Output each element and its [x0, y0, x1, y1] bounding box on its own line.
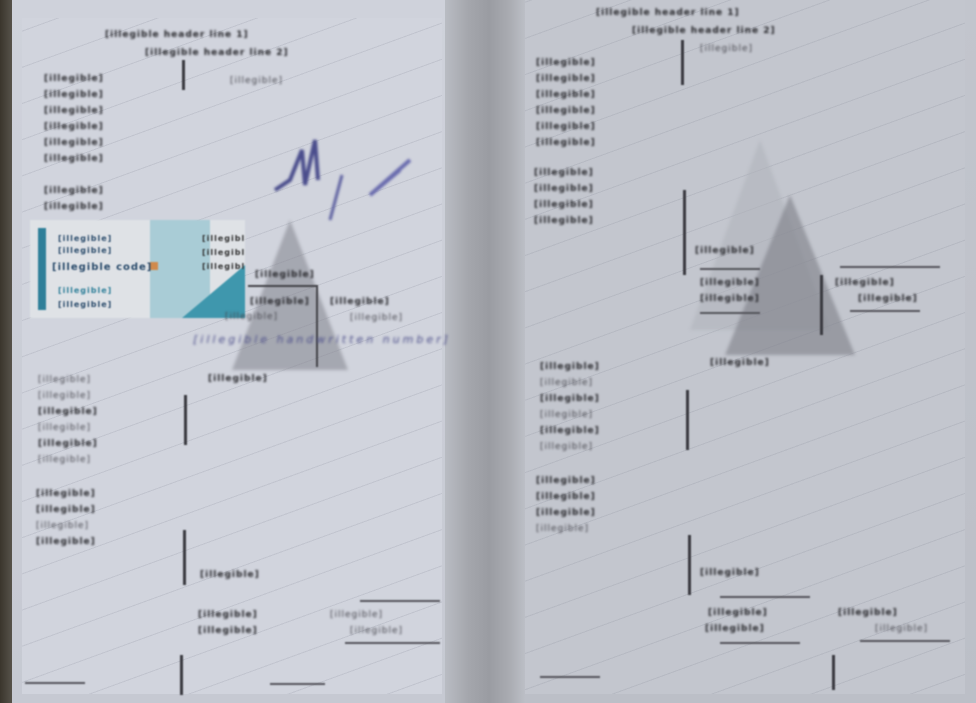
text-line: [illegible] [536, 72, 596, 86]
text-line: [illegible] [44, 136, 104, 150]
text-line: [illegible] [36, 519, 89, 533]
sticker-line: [illegible] [58, 286, 112, 295]
column-divider [681, 40, 684, 85]
text-line: [illegible] [536, 522, 589, 536]
text-line: [illegible] [38, 389, 91, 403]
text-line: [illegible] [838, 606, 898, 620]
text-line: [illegible] [44, 72, 104, 86]
sticker-line: [illegible] [58, 234, 112, 243]
right-top-right-line: [illegible] [700, 42, 753, 56]
divider-line [270, 683, 325, 685]
text-line: [illegible] [350, 311, 403, 325]
text-line: [illegible] [36, 503, 96, 517]
right-stamp-line: [illegible] [695, 244, 755, 258]
column-divider [184, 395, 187, 445]
text-line: [illegible] [536, 136, 596, 150]
left-top-right-line: [illegible] [230, 74, 283, 88]
text-line: [illegible] [540, 376, 593, 390]
right-header-line-2: [illegible header line 2] [632, 24, 776, 38]
text-line: [illegible] [540, 392, 600, 406]
sticker-side-bar [38, 228, 46, 310]
column-divider [182, 60, 185, 90]
text-line: [illegible] [534, 166, 594, 180]
text-line: [illegible] [700, 292, 760, 306]
right-caption-mid: [illegible] [710, 356, 770, 370]
sticker-line: [illegible] [58, 246, 112, 255]
divider-line [25, 682, 85, 684]
text-line: [illegible] [198, 608, 258, 622]
text-line: [illegible] [38, 405, 98, 419]
text-line: [illegible] [536, 490, 596, 504]
column-divider [688, 535, 691, 595]
sticker-code: [illegible code] [52, 262, 152, 273]
text-line: [illegible] [350, 624, 403, 638]
text-line: [illegible] [44, 120, 104, 134]
divider-line [700, 268, 760, 270]
right-stamp-line-bottom: [illegible] [700, 566, 760, 580]
text-line: [illegible] [44, 104, 104, 118]
divider-line [720, 642, 800, 644]
text-line: [illegible] [536, 506, 596, 520]
text-line: [illegible] [858, 292, 918, 306]
text-line: [illegible] [536, 56, 596, 70]
booklet-spine [445, 0, 525, 703]
handwritten-number: [illegible handwritten number] [193, 333, 451, 346]
text-line: [illegible] [225, 310, 278, 324]
text-line: [illegible] [536, 474, 596, 488]
text-line: [illegible] [534, 182, 594, 196]
column-divider [820, 275, 823, 335]
left-header-line-2: [illegible header line 2] [145, 46, 289, 60]
sticker-number: [illegible] [202, 262, 245, 271]
column-divider [686, 390, 689, 450]
text-line: [illegible] [708, 606, 768, 620]
divider-line [860, 640, 950, 642]
text-line: [illegible] [250, 295, 310, 309]
divider-line [360, 600, 440, 602]
text-line: [illegible] [536, 88, 596, 102]
text-line: [illegible] [536, 120, 596, 134]
left-stamp-line: [illegible] [255, 268, 315, 282]
stamp-sticker: [illegible] [illegible] [illegible code]… [30, 220, 245, 318]
text-line: [illegible] [44, 88, 104, 102]
text-line: [illegible] [44, 184, 104, 198]
divider-line [840, 266, 940, 268]
text-line: [illegible] [198, 624, 258, 638]
text-line: [illegible] [705, 622, 765, 636]
left-header-line-1: [illegible header line 1] [105, 28, 249, 42]
text-line: [illegible] [536, 104, 596, 118]
triangle-emblem-right [725, 195, 855, 355]
text-line: [illegible] [330, 608, 383, 622]
sticker-line: [illegible] [58, 300, 112, 309]
left-caption-mid: [illegible] [208, 372, 268, 386]
column-divider [180, 655, 183, 695]
sticker-number: [illegible] [202, 234, 245, 243]
divider-line [720, 596, 810, 598]
text-line: [illegible] [540, 408, 593, 422]
text-line: [illegible] [540, 440, 593, 454]
text-line: [illegible] [36, 487, 96, 501]
column-divider [832, 655, 835, 690]
column-divider [183, 530, 186, 585]
divider-line [700, 312, 760, 314]
text-line: [illegible] [38, 421, 91, 435]
text-line: [illegible] [875, 622, 928, 636]
divider-line [850, 310, 920, 312]
text-line: [illegible] [38, 437, 98, 451]
column-divider [683, 190, 686, 275]
text-line: [illegible] [835, 276, 895, 290]
text-line: [illegible] [534, 214, 594, 228]
text-line: [illegible] [44, 152, 104, 166]
sticker-number: [illegible] [202, 248, 245, 257]
text-line: [illegible] [38, 453, 91, 467]
divider-line [345, 642, 440, 644]
text-line: [illegible] [44, 200, 104, 214]
left-caption-bottom: [illegible] [200, 568, 260, 582]
text-line: [illegible] [540, 360, 600, 374]
text-line: [illegible] [38, 373, 91, 387]
right-header-line-1: [illegible header line 1] [596, 6, 740, 20]
text-line: [illegible] [700, 276, 760, 290]
text-line: [illegible] [36, 535, 96, 549]
handwritten-signature [260, 120, 430, 230]
text-line: [illegible] [540, 424, 600, 438]
text-line: [illegible] [330, 295, 390, 309]
divider-line [540, 676, 600, 678]
text-line: [illegible] [534, 198, 594, 212]
